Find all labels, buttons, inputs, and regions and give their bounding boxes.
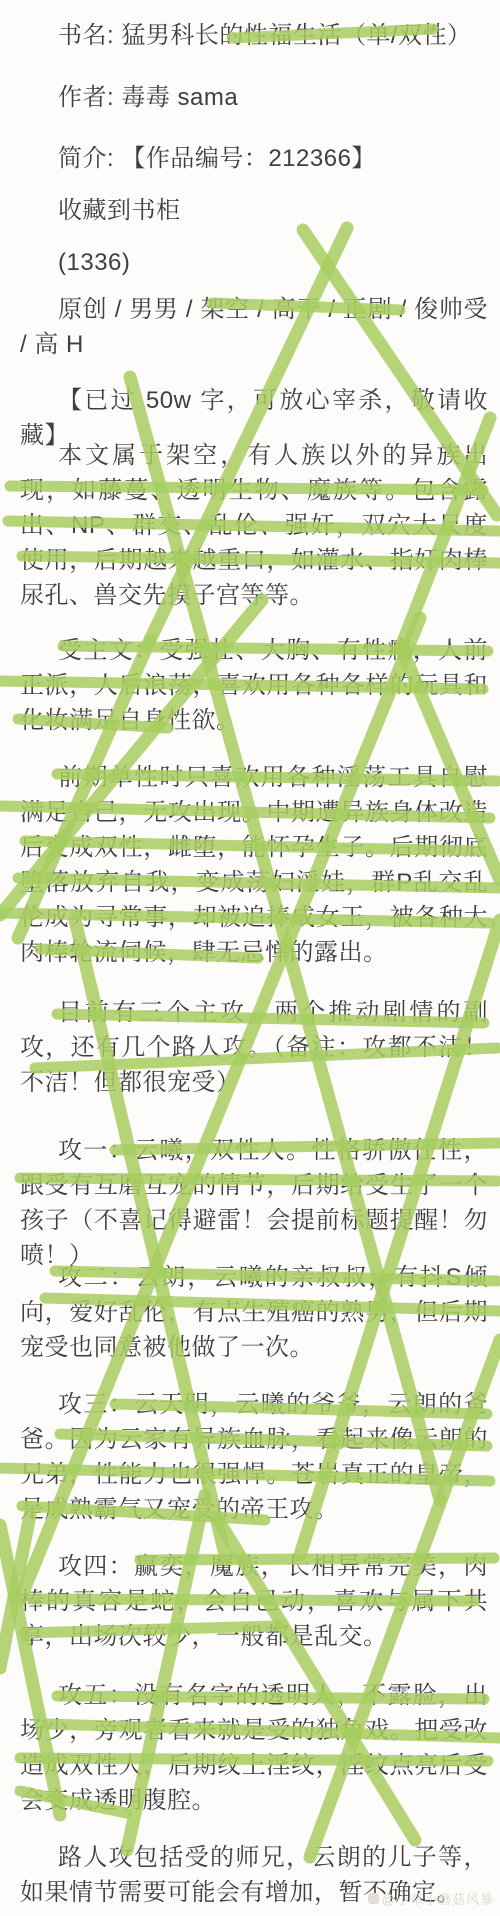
paragraph: 攻五：没有名字的透明人，不露脸，出场少，旁观者看来就是受的独角戏。把受改造成双性… [20, 1678, 488, 1818]
tags-line: 原创 / 男男 / 架空 / 高干 / 正剧 / 俊帅受 / 高 H [20, 292, 488, 362]
paragraph: 攻四：赢奕，魔族，长相异常完美，肉棒的真容是蛇，会自己动，喜欢与属下共享，出场次… [20, 1549, 488, 1654]
paragraph: 本文属于架空，有人族以外的异族出现，如藤蔓、透明生物、魔族等。包含露出、NP、群… [20, 438, 488, 613]
paragraph: 目前有三个主攻，两个推动剧情的副攻，还有几个路人攻。（备注：攻都不洁！不洁！但都… [20, 995, 488, 1100]
watermark-icon [368, 1893, 379, 1904]
intro-number-line: 简介: 【作品编号：212366】 [20, 141, 488, 176]
paragraph: 受主文：受强壮、大胸、有性瘾，人前正派，人后浪荡，喜欢用各种各样的玩具和化妆满足… [20, 633, 488, 738]
book-title-line: 书名: 猛男科长的性福生活（单/双性） [20, 18, 488, 53]
watermark-text: @小草小蘑菇风暴 [382, 1889, 494, 1908]
watermark: @小草小蘑菇风暴 [368, 1889, 494, 1908]
paragraph: 前期单性时只喜欢用各种淫荡工具自慰满足自己，无攻出现。中期遭异族身体改造后变成双… [20, 760, 488, 970]
favorite-link[interactable]: 收藏到书柜 [20, 193, 488, 228]
favorite-count: (1336) [20, 245, 488, 280]
paragraph: 攻三：云天明，云曦的爷爷，云朗的爸爸。因为云家有异族血脉，看起来像云朗的兄弟，性… [20, 1387, 488, 1527]
novel-intro-page: 书名: 猛男科长的性福生活（单/双性）作者: 毒毒 sama简介: 【作品编号：… [0, 0, 500, 1916]
paragraph: 攻一：云曦，双性人。性格骄傲任性，跟受有互磨互宠的情节，后期给受生了一个孩子（不… [20, 1133, 488, 1273]
author-line: 作者: 毒毒 sama [20, 80, 488, 115]
paragraph: 攻二：云朗，云曦的亲叔叔，有抖S倾向，爱好乱伦，有点生殖癌的熟男，但后期宠受也同… [20, 1260, 488, 1365]
